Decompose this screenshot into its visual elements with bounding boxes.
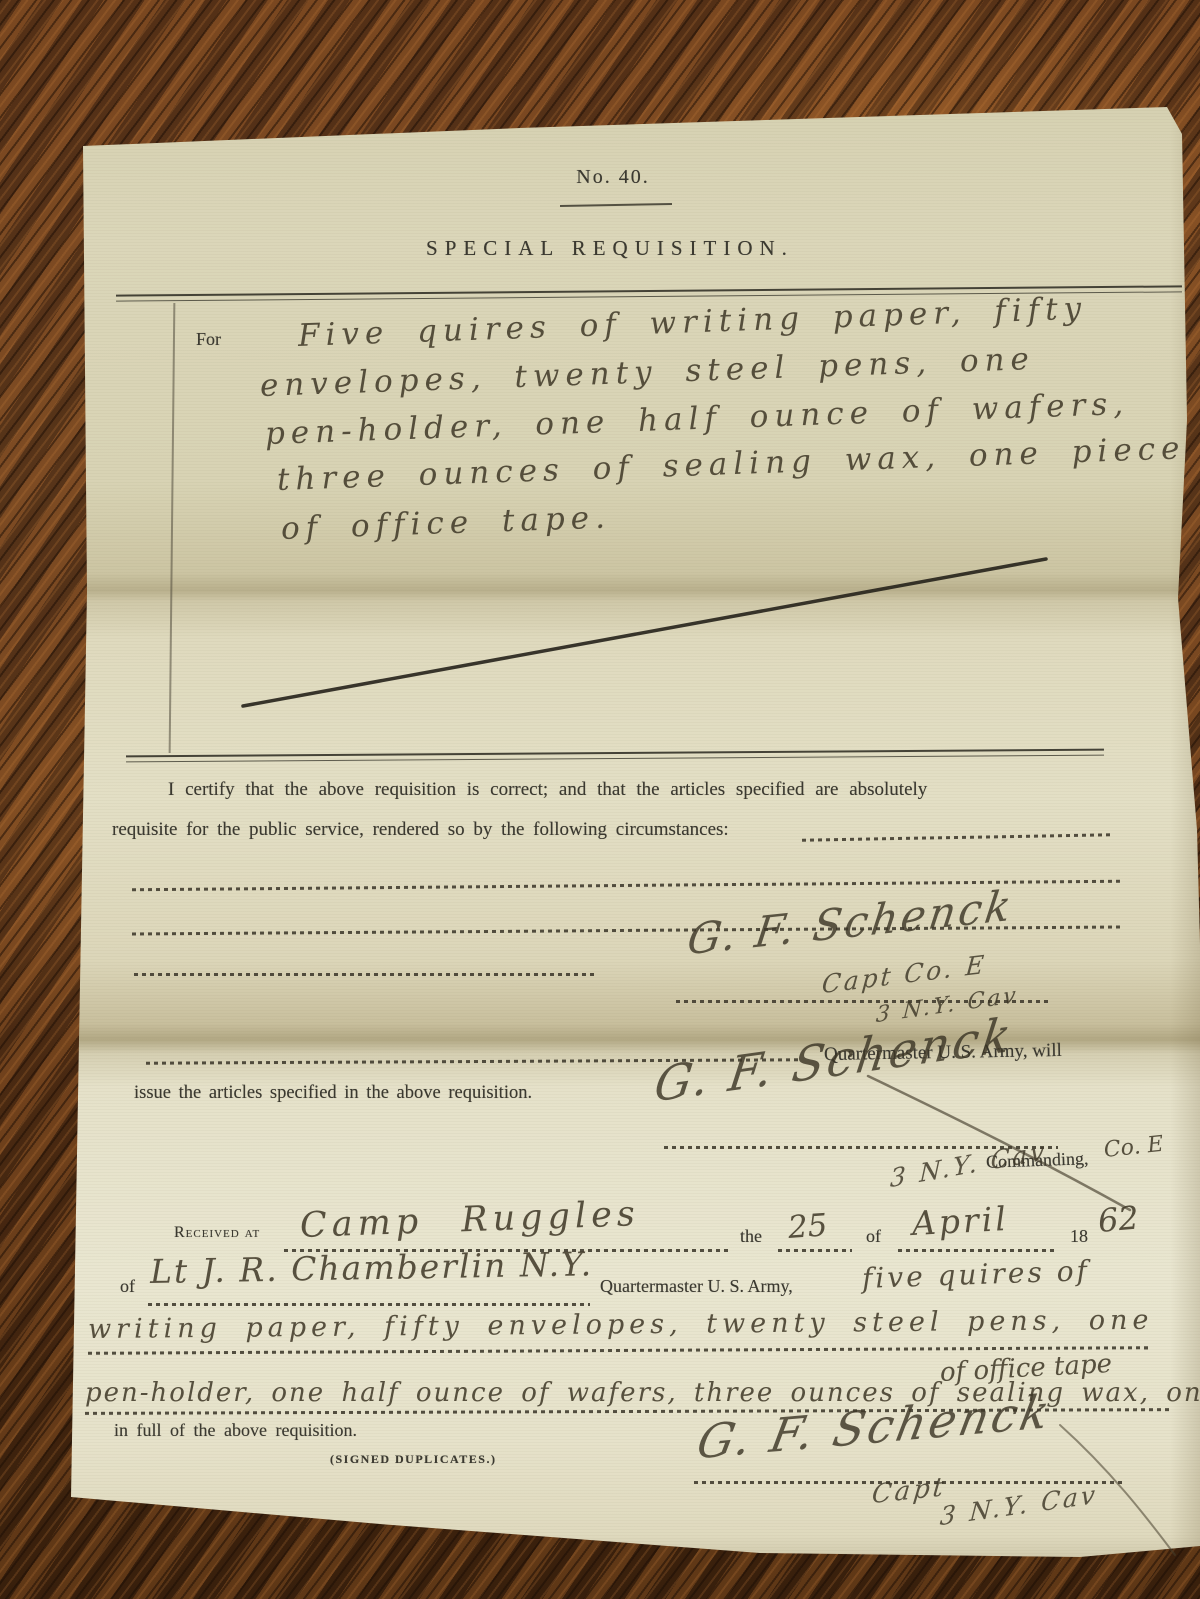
form-number-underline [560,203,672,207]
form-number: No. 40. [548,166,678,189]
circumstances-dotted-line [802,833,1112,841]
issue-articles-label: issue the articles specified in the abov… [134,1083,532,1104]
commanding-officer-unit: 3 N.Y. Cav [889,1136,1047,1193]
the-label: the [740,1226,762,1247]
of-label: of [866,1226,881,1247]
month-dotted-line [898,1249,1056,1252]
requisition-form-paper: No. 40. SPECIAL REQUISITION. For Five qu… [0,0,1200,1599]
receiving-officer-rank: Capt [870,1472,947,1510]
items-handwriting-line1: five quires of [861,1254,1090,1295]
receiving-officer-unit: 3 N.Y. Cav [939,1480,1099,1532]
received-year-value: 62 [1096,1199,1140,1240]
received-day-value: 25 [787,1207,829,1246]
commanding-company-note: Co. E [1103,1132,1165,1163]
received-month-value: April [911,1199,1010,1243]
in-full-label: in full of the above requisition. [114,1420,357,1441]
margin-rule [169,303,175,753]
photo-of-document: { "document": { "form_number": "No. 40."… [0,0,1200,1599]
blank-dotted-line [134,973,596,976]
year-prefix-label: 18 [1070,1226,1088,1247]
certify-text-line1: I certify that the above requisition is … [168,779,927,801]
signed-duplicates-label: (SIGNED DUPLICATES.) [330,1452,496,1467]
section-double-rule [126,749,1104,763]
certify-text-line2: requisite for the public service, render… [112,819,729,841]
items-dotted-line [88,1346,1150,1355]
items-handwriting-line2: writing paper, fifty envelopes, twenty s… [88,1305,1154,1345]
day-dotted-line [778,1249,852,1252]
commanding-officer-signature: G. F. Schenck [651,1007,1017,1114]
of-label: of [120,1276,135,1297]
for-label: For [196,329,221,350]
received-place-value: Camp Ruggles [299,1194,640,1246]
issuer-name-dotted-line [148,1303,590,1306]
issuer-name-value: Lt J. R. Chamberlin N.Y. [150,1244,594,1291]
quartermaster-label: Quartermaster U. S. Army, [600,1276,793,1297]
page-title: SPECIAL REQUISITION. [360,236,860,261]
received-at-label: Received at [174,1224,260,1242]
request-line: of office tape. [280,499,611,546]
